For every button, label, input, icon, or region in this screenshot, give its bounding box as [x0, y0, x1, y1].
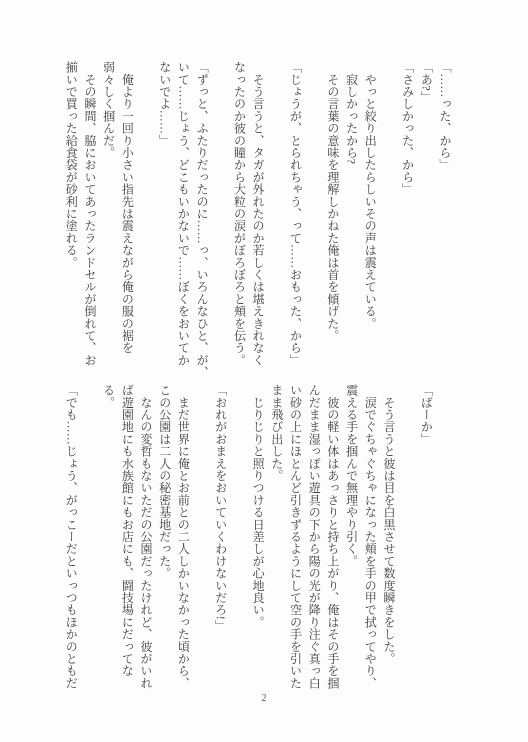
text-line: いて……じょう、どこもいかないで……ぼくをおいてか [174, 61, 193, 379]
text-line: やっと絞り出したらしいその声は震えている。 [361, 61, 380, 379]
text-block-upper: 「……った、から」「あ?」「さみしかった、から」 やっと絞り出したらしいその声は… [62, 61, 454, 379]
text-line: る。 [99, 384, 118, 702]
text-block-lower: 「ばーか」 そう言うと彼は目を白黒させて数度瞬きをした。 涙でぐちゃぐちゃになっ… [62, 384, 454, 702]
text-line: まま飛び出した。 [267, 384, 286, 702]
text-line: ば遊園地にも水族館にもお店にも、闘技場にだってな [118, 384, 137, 702]
text-line: ないでよ……」 [155, 61, 174, 379]
text-line: 「さみしかった、から」 [398, 61, 417, 379]
blank-line [230, 384, 249, 702]
blank-line [398, 384, 417, 702]
blank-line [192, 384, 211, 702]
text-line: 揃いで買った給食袋が砂利に塗れる。 [62, 61, 81, 379]
text-line: 「じょうが、とられちゃう、って……おもった、から」 [286, 61, 305, 379]
text-line: 「……った、から」 [435, 61, 454, 379]
blank-line [267, 61, 286, 379]
text-line: そう言うと、タガが外れたのか若しくは堪えきれなく [248, 61, 267, 379]
text-line: 俺より一回り小さい指先は震えながら俺の服の裾を [118, 61, 137, 379]
text-line: じりじりと照りつける日差しが心地良い。 [248, 384, 267, 702]
text-line: この公園は二人の秘密基地だった。 [155, 384, 174, 702]
text-line: なんの変哲もないただの公園だったけれど、彼がいれ [136, 384, 155, 702]
blank-line [305, 61, 324, 379]
blank-line [80, 384, 99, 702]
text-line: 震える手を掴んで無理やり引く。 [342, 384, 361, 702]
text-line: そう言うと彼は目を白黒させて数度瞬きをした。 [379, 384, 398, 702]
text-line: なったのか彼の瞳から大粒の涙がぼろぼろと頬を伝う。 [230, 61, 249, 379]
text-line: その瞬間、脇においてあったランドセルが倒れて、お [80, 61, 99, 379]
text-line: 「ずっと、ふたりだったのに……っ、いろんなひと、が、 [192, 61, 211, 379]
blank-line [211, 61, 230, 379]
text-line: 彼の軽い体はあっさりと持ち上がり、俺はその手を掴 [323, 384, 342, 702]
text-line: 涙でぐちゃぐちゃになった頬を手の甲で拭ってやり、 [361, 384, 380, 702]
text-line: 弱々しく掴んだ。 [99, 61, 118, 379]
text-line: 「でも……じょう、がっこーだといっつもほかのともだ [62, 384, 81, 702]
text-line: まだ世界に俺とお前との二人しかいなかった頃から、 [174, 384, 193, 702]
blank-line [379, 61, 398, 379]
text-line: んだまま湿っぽい遊具の下から陽の光が降り注ぐ真っ白 [305, 384, 324, 702]
text-line: 「ばーか」 [417, 384, 436, 702]
text-line: い砂の上にほとんど引きずるようにして空の手を引いた [286, 384, 305, 702]
page-number: 2 [0, 693, 528, 704]
text-line: 「あ?」 [417, 61, 436, 379]
blank-line [136, 61, 155, 379]
blank-line [435, 384, 454, 702]
text-line: 「おれがおまえをおいていくわけないだろ!」 [211, 384, 230, 702]
text-line: その言葉の意味を理解しかねた俺は首を傾げた。 [323, 61, 342, 379]
text-line: 寂しかったから? [342, 61, 361, 379]
novel-page: 「……った、から」「あ?」「さみしかった、から」 やっと絞り出したらしいその声は… [0, 0, 528, 742]
